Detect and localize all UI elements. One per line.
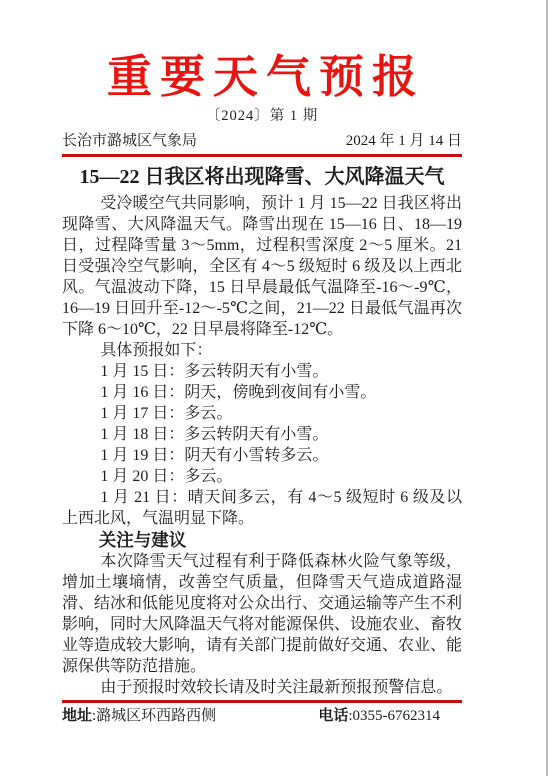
summary-paragraph: 受冷暖空气共同影响，预计 1 月 15—22 日我区将出现降雪、大风降温天气。降… [62,193,462,340]
advice-paragraph: 本次降雪天气过程有利于降低森林火险气象等级，增加土壤墒情，改善空气质量，但降雪天… [62,551,462,677]
footer: 地址:潞城区环西路西侧 电话:0355-6762314 [62,706,462,726]
masthead-meta-row: 长治市潞城区气象局 2024 年 1 月 14 日 [62,132,462,151]
weather-bulletin-page: { "document": { "masthead": { "title": "… [0,0,549,776]
page-edge-line [546,0,548,776]
bulletin-title: 重要天气预报 [62,52,462,102]
phone: 电话:0355-6762314 [318,706,440,726]
forecast-item-jan18: 1 月 18 日：多云转阴天有小雪。 [62,424,462,445]
address-label: 地址 [62,707,92,724]
forecast-item-jan19: 1 月 19 日：阴天有小雪转多云。 [62,445,462,466]
address: 地址:潞城区环西路西侧 [62,706,216,726]
advice-heading: 关注与建议 [62,529,462,551]
forecast-item-jan17: 1 月 17 日：多云。 [62,403,462,424]
issue-number: 〔2024〕第 1 期 [62,107,462,125]
forecast-item-jan21: 1 月 21 日：晴天间多云，有 4～5 级短时 6 级及以上西北风，气温明显下… [62,487,462,529]
address-value: :潞城区环西路西侧 [92,708,216,724]
forecast-item-jan20: 1 月 20 日：多云。 [62,466,462,487]
footer-rule [62,700,462,703]
header-rule [62,154,462,157]
issue-date: 2024 年 1 月 14 日 [346,132,462,151]
phone-value: :0355-6762314 [348,708,440,724]
forecast-item-jan16: 1 月 16 日：阴天，傍晚到夜间有小雪。 [62,382,462,403]
bulletin-content: 重要天气预报 〔2024〕第 1 期 长治市潞城区气象局 2024 年 1 月 … [62,0,462,726]
note-paragraph: 由于预报时效较长请及时关注最新预报预警信息。 [62,677,462,698]
forecast-item-jan15: 1 月 15 日：多云转阴天有小雪。 [62,361,462,382]
forecast-intro: 具体预报如下： [62,340,462,361]
phone-label: 电话 [318,707,348,724]
headline: 15—22 日我区将出现降雪、大风降温天气 [62,164,462,190]
agency-name: 长治市潞城区气象局 [62,132,197,151]
